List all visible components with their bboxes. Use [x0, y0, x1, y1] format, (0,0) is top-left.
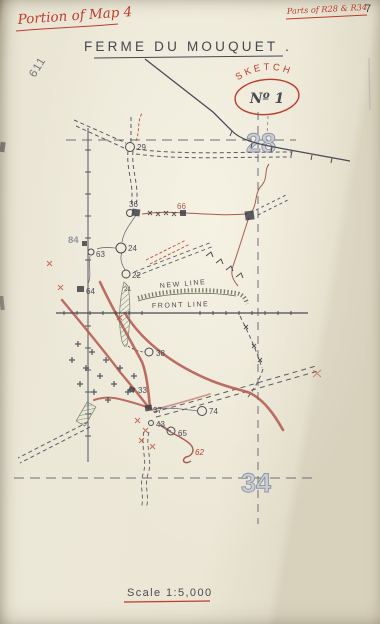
- point-label-64: 64: [86, 287, 95, 296]
- sketch-map-svg: Portion of Map 4 Parts of R28 & R34 7 61…: [0, 0, 380, 624]
- sketch-number-stamp: SKETCH Nº 1: [234, 62, 301, 138]
- grid-square-number-top: 28: [246, 128, 276, 158]
- scale-group: Scale 1:5,000: [124, 587, 212, 602]
- point-label-22: 22: [132, 271, 141, 280]
- scan-edge-marks: [0, 58, 370, 310]
- note-top-right-underline: [286, 15, 367, 19]
- arrow-chevrons: [206, 252, 243, 278]
- page-title: FERME DU MOUQUET .: [84, 39, 292, 54]
- sketch-number-text: Nº 1: [249, 91, 284, 107]
- note-top-right: Parts of R28 & R34: [286, 2, 368, 16]
- front-line-label: FRONT LINE: [152, 301, 210, 310]
- scanned-map-sheet: Portion of Map 4 Parts of R28 & R34 7 61…: [0, 0, 380, 624]
- red-annotations: Portion of Map 4 Parts of R28 & R34: [16, 2, 367, 31]
- point-label-36: 36: [129, 200, 138, 209]
- map-title-group: FERME DU MOUQUET .: [84, 39, 292, 58]
- point-label-43: 43: [156, 420, 165, 429]
- point-label-37: 37: [153, 406, 162, 415]
- hatched-rect-feature: [76, 402, 96, 426]
- file-stamp: 611: [27, 55, 48, 79]
- title-underline: [94, 56, 283, 58]
- point-label-74: 74: [209, 407, 218, 416]
- point-label-29: 29: [137, 143, 146, 152]
- grid-square-number-bottom: 34: [241, 468, 271, 498]
- point-label-66: 66: [177, 202, 186, 211]
- point-label-38: 38: [156, 349, 165, 358]
- point-label-84: 84: [68, 235, 79, 246]
- point-label-33: 33: [138, 386, 147, 395]
- point-label-24: 24: [128, 244, 137, 253]
- point-label-65: 65: [178, 429, 187, 438]
- scale-label: Scale 1:5,000: [127, 587, 212, 599]
- dashed-roads: [18, 116, 318, 508]
- scale-underline: [124, 601, 210, 602]
- point-label-62: 62: [195, 448, 204, 457]
- building-blobs: [77, 208, 255, 411]
- point-label-63: 63: [96, 250, 105, 259]
- map-grid: [14, 112, 312, 524]
- page-number: 7: [365, 3, 371, 15]
- point-label-21: 21: [124, 286, 132, 293]
